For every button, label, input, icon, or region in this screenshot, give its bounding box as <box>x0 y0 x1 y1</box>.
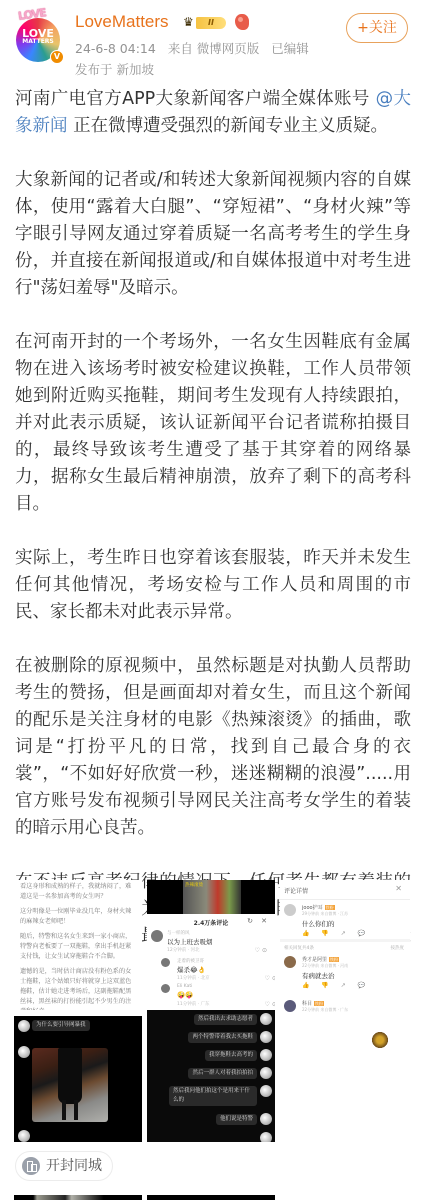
image-article-screenshot[interactable]: 看这身形和成熟的样子，我就纳闷了，难道这是一名参加高考的女生吗？ 这分明像是一位… <box>14 880 142 1010</box>
refresh-icon: ↻ <box>247 917 253 925</box>
like-icon: ♡ ⊙ <box>265 1001 275 1008</box>
close-icon: ✕ <box>261 917 267 925</box>
verified-badge-icon: V <box>50 50 64 64</box>
image-comment-details[interactable]: 评论详情 ✕ jooo护耳铁粉 29分钟前 来自微博 · 江苏 什么你们的 👍 … <box>280 880 410 1142</box>
image-chat-messages[interactable]: 然后我出去求助志愿者 两个特警带着我去买拖鞋 我穿拖鞋去高考的 然后一群人对着我… <box>147 1010 275 1142</box>
avatar-text: LOVE MATTERS <box>18 28 58 45</box>
follow-button[interactable]: +关注 <box>346 13 408 43</box>
level-pill: II <box>196 17 226 29</box>
edited-label[interactable]: 已编辑 <box>271 41 309 56</box>
paragraph-1: 河南广电官方APP大象新闻客户端全媒体账号 @大象新闻 正在微博遭受强烈的新闻专… <box>15 86 411 140</box>
next-image-1[interactable] <box>14 1195 142 1200</box>
comment-row: 与一样的风 以为上班去吸烟 12分钟前 · 河北 ♡ ⊙ <box>151 930 271 958</box>
image-chat-photo[interactable]: 为什么要引导网暴我 <box>14 1016 142 1142</box>
chat-avatar <box>18 1130 30 1142</box>
paragraph-4: 实际上，考生昨日也穿着该套服装，昨天并未发生任何其他情况，考场安检与工作人员和周… <box>15 545 411 626</box>
next-image-2[interactable] <box>147 1195 275 1200</box>
post-meta: 24-6-8 04:14 来自 微博网页版 已编辑 <box>75 39 317 57</box>
paragraph-2: 大象新闻的记者或/和转述大象新闻视频内容的自媒体，使用“露着大白腿”、“穿短裙”… <box>15 167 411 302</box>
image-grid: 看这身形和成熟的样子，我就纳闷了，难道这是一名参加高考的女生吗？ 这分明像是一位… <box>14 880 410 1142</box>
next-images-peek <box>14 1195 410 1200</box>
chat-avatar <box>18 1046 30 1058</box>
sticker-image <box>372 1032 388 1048</box>
comment-actions: 👍 👎 ↗ 💬 <box>302 982 370 989</box>
comment-row: Eli Kati 🤪🤪 11分钟前 · 广东 ♡ ⊙ <box>161 984 275 1010</box>
location-tag[interactable]: 开封同城 <box>15 1151 113 1181</box>
fan-badge-icon[interactable] <box>235 14 249 30</box>
post-header: LOVE LOVE MATTERS V LoveMatters ♛ II 24-… <box>0 0 422 78</box>
chat-bubble: 为什么要引导网暴我 <box>32 1020 90 1031</box>
comment-actions: 👍 👎 ↗ 💬 <box>302 930 370 937</box>
location-tag-label: 开封同城 <box>46 1157 102 1175</box>
paragraph-3: 在河南开封的一个考场外，一名女生因鞋底有金属物在进入该场考时被安检建议换鞋，工作… <box>15 329 411 518</box>
paragraph-5: 在被删除的原视频中，虽然标题是对执勤人员帮助考生的赞扬，但是画面却对着女生，而且… <box>15 653 411 842</box>
like-icon: ♡ ⊙ <box>255 947 267 954</box>
chat-avatar <box>18 1020 30 1032</box>
member-level-badge[interactable]: ♛ II <box>183 15 229 30</box>
image-video-comments[interactable]: 热辣滚烫 2.4万条评论 ↻ ✕ 与一样的风 以为上班去吸烟 12分钟前 · 河… <box>147 880 275 1010</box>
post-content: 河南广电官方APP大象新闻客户端全媒体账号 @大象新闻 正在微博遭受强烈的新闻专… <box>15 86 411 1004</box>
post-source: 来自 微博网页版 <box>168 41 259 56</box>
close-icon: ✕ <box>395 884 402 893</box>
comment-row: 走着的被卫哥 爆杀😂👌 11分钟前 · 北京 ♡ ⊙ <box>161 958 275 986</box>
post-location: 发布于 新加坡 <box>75 60 154 78</box>
username[interactable]: LoveMatters <box>75 12 169 32</box>
avatar[interactable]: LOVE LOVE MATTERS V <box>14 10 64 60</box>
outfit-photo <box>32 1048 108 1122</box>
timestamp[interactable]: 24-6-8 04:14 <box>75 41 156 56</box>
like-icon: ♡ ⊙ <box>265 975 275 982</box>
building-icon <box>22 1157 40 1175</box>
